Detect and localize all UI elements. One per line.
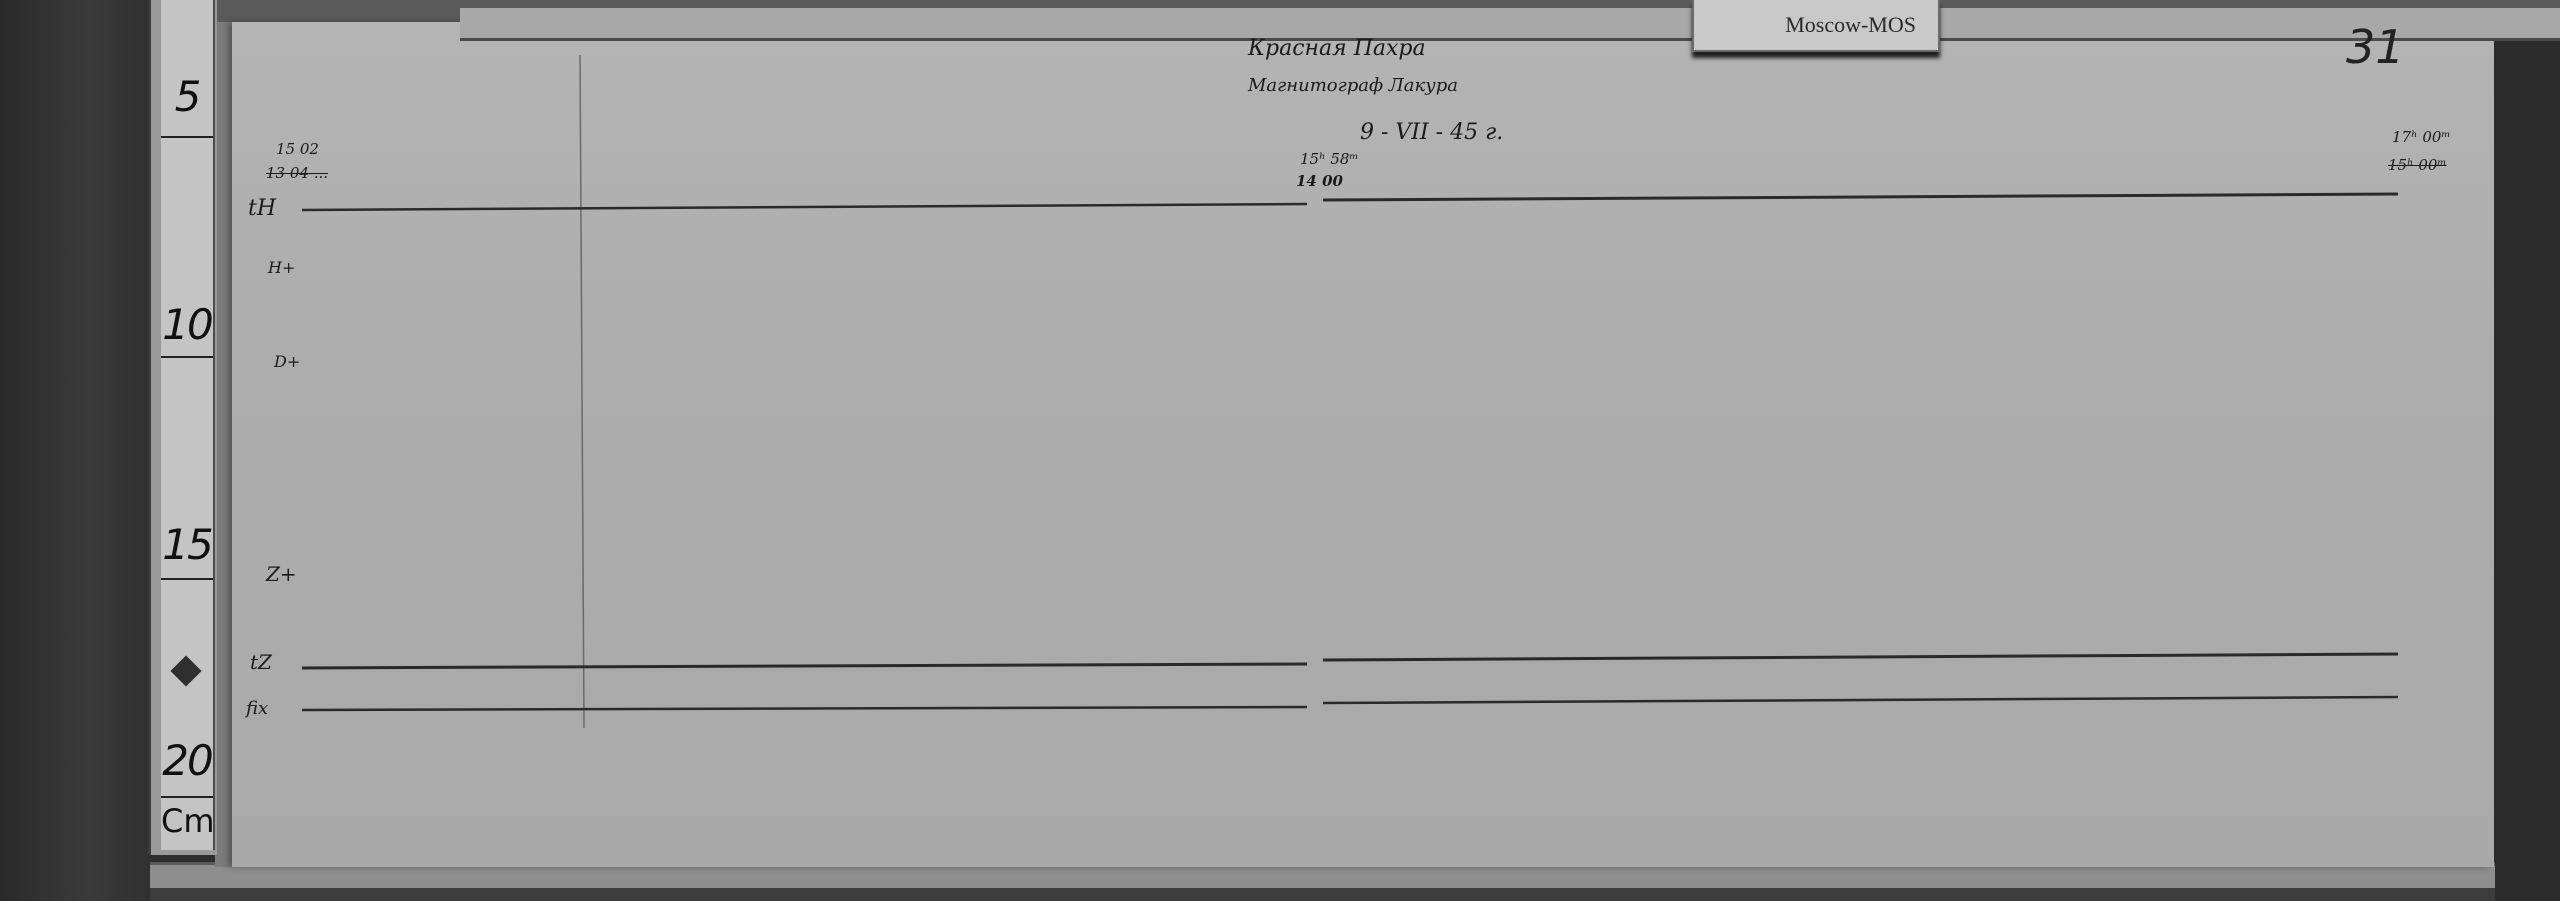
trace-path [302, 664, 1307, 668]
trace-path [1323, 697, 2398, 703]
trace-path [302, 707, 1307, 710]
trace-path [1323, 654, 2398, 660]
trace-group [302, 194, 2398, 710]
ruler-mark-10: 10 [161, 300, 213, 349]
trace-lines [0, 0, 2560, 901]
time-marker-line [580, 55, 584, 728]
ruler-mark-20: 20 [161, 736, 213, 785]
diamond-marker-icon [170, 655, 201, 686]
centimeter-ruler: 5 10 15 20 Cm [148, 0, 217, 855]
trace-path [302, 204, 1307, 210]
ruler-tick [161, 578, 213, 580]
ruler-tick [161, 356, 213, 358]
ruler-face: 5 10 15 20 Cm [161, 0, 215, 850]
ruler-mark-15: 15 [161, 520, 213, 569]
ruler-mark-5: 5 [161, 72, 213, 121]
trace-path [1323, 194, 2398, 200]
ruler-unit: Cm [161, 802, 213, 840]
ruler-tick [161, 136, 213, 138]
ruler-tick [161, 796, 213, 798]
